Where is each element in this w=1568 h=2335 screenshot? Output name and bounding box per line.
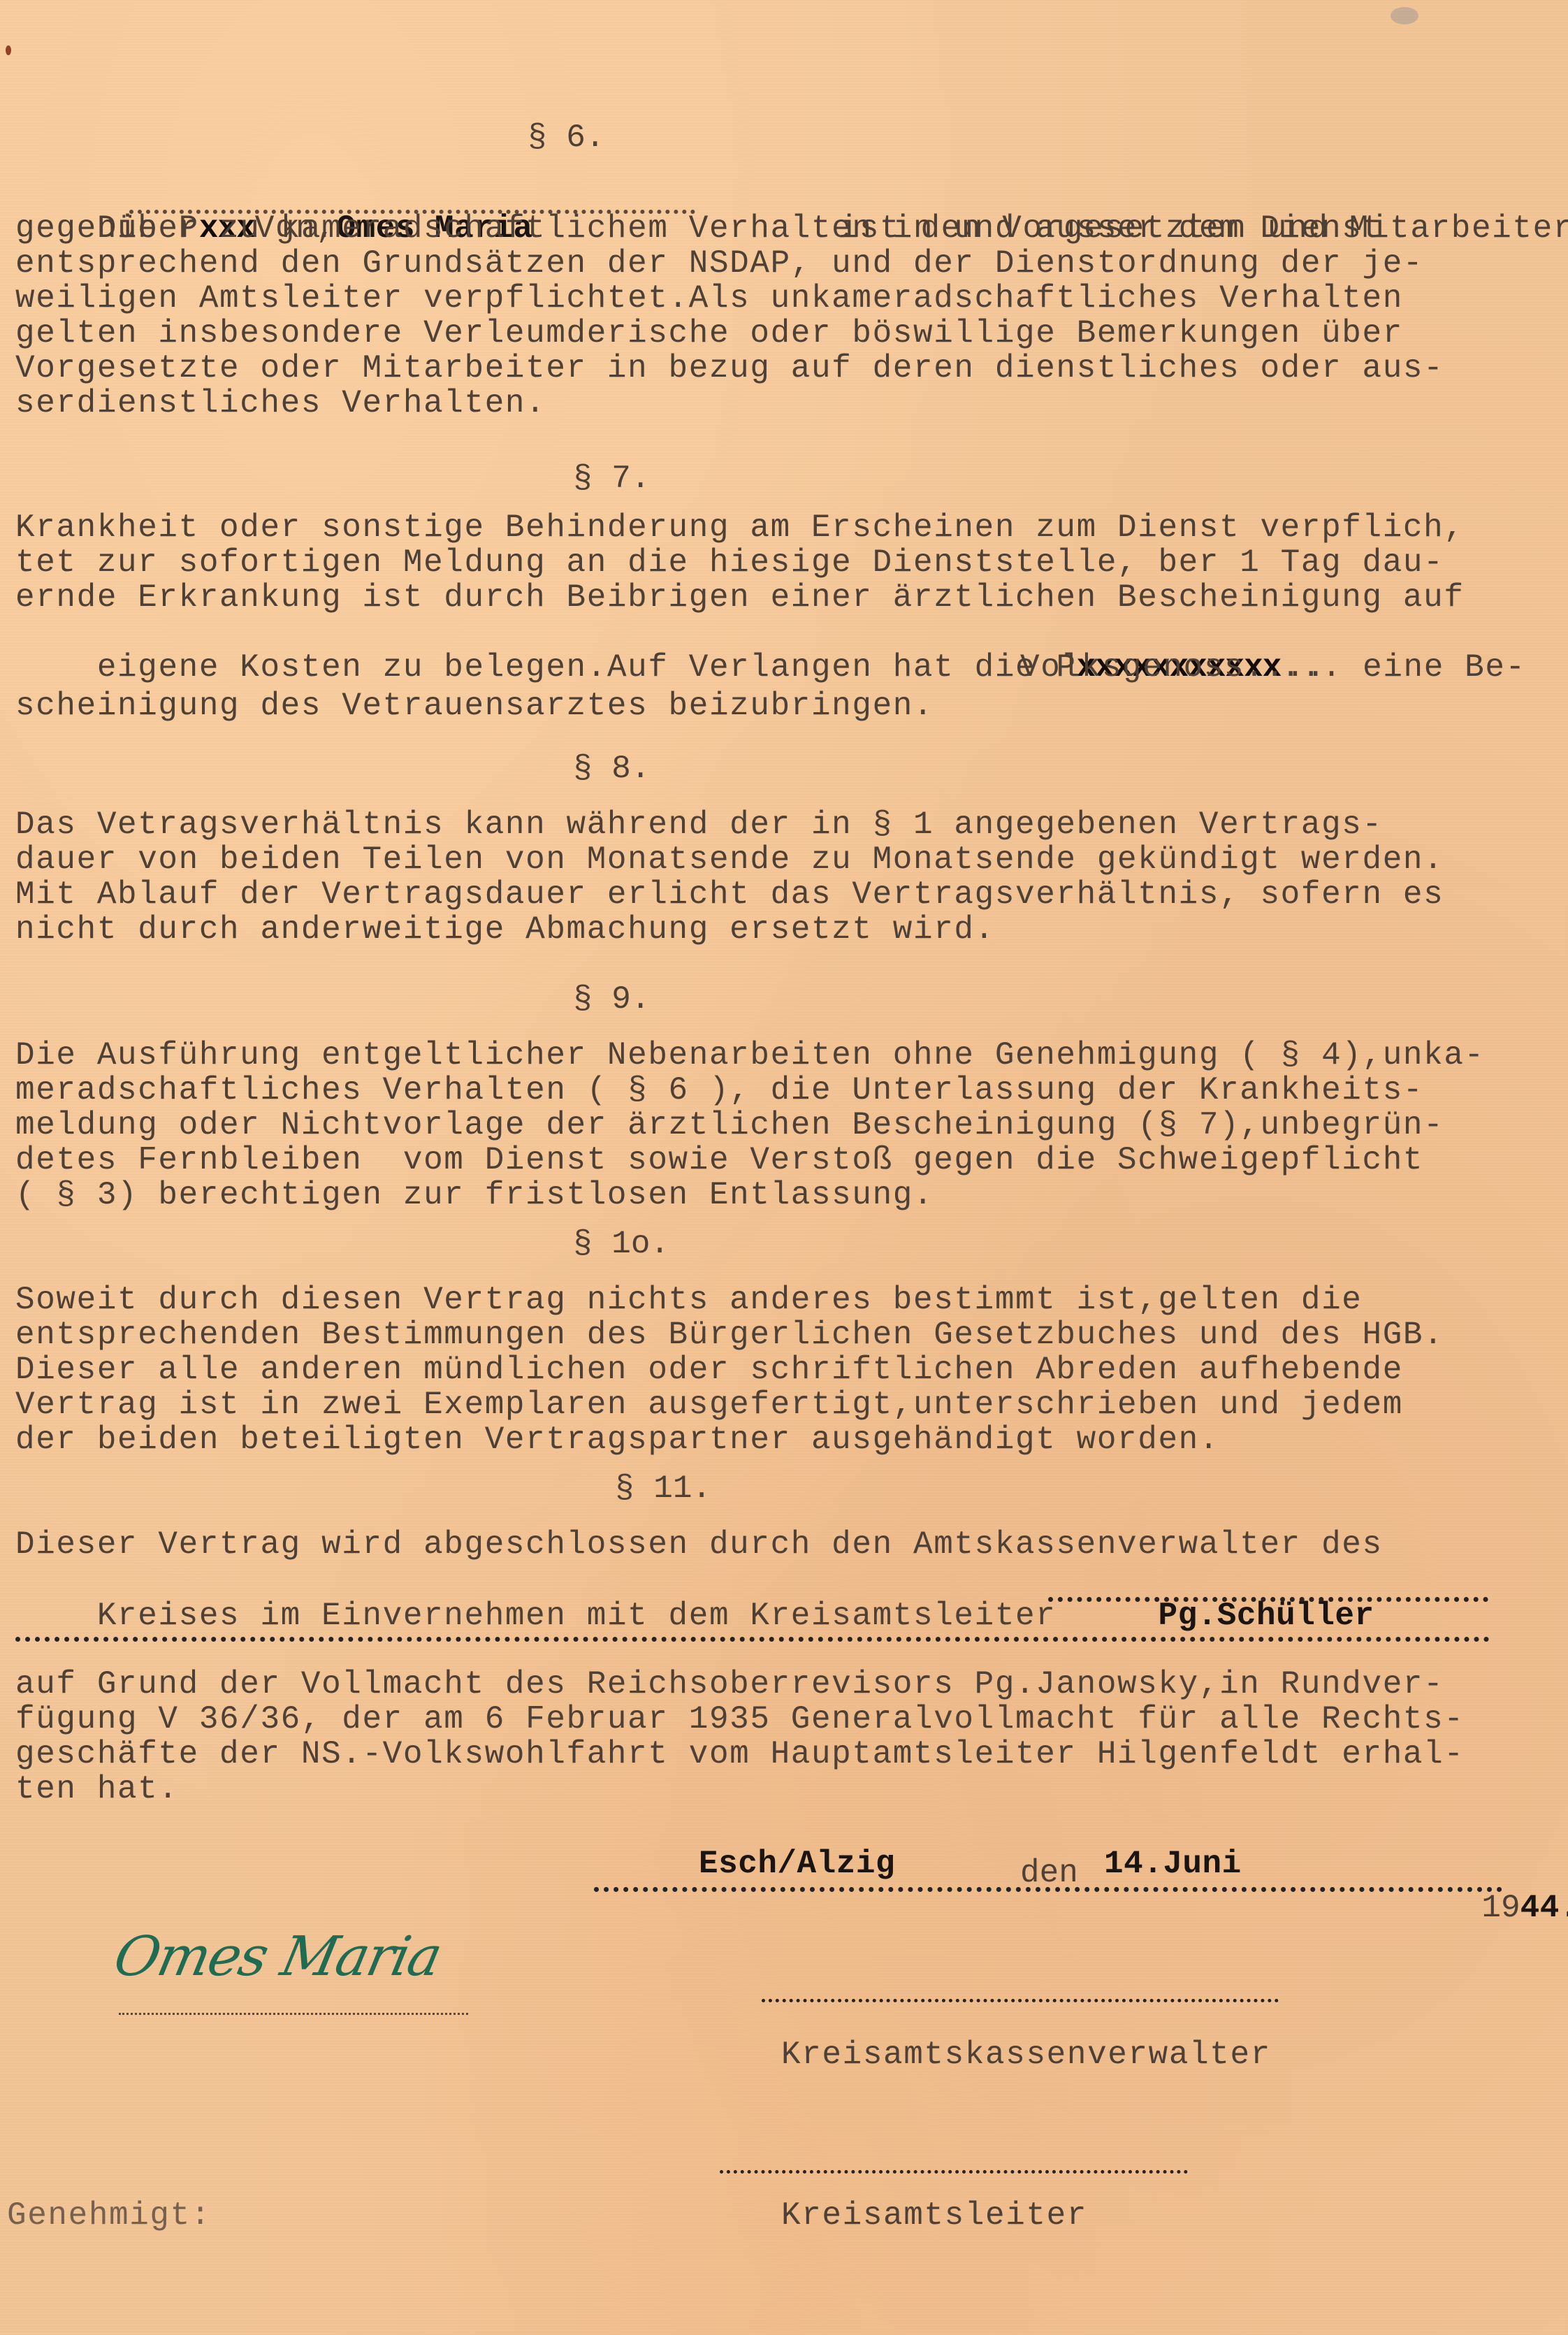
paper-stain [1391,7,1418,24]
paragraph-11-line-6: ten hat. [15,1772,179,1807]
paragraph-10-line-4: Vertrag ist in zwei Exemplaren ausgefert… [15,1387,1403,1422]
paragraph-6-line-6: Vorgesetzte oder Mitarbeiter in bezug au… [15,351,1444,386]
paragraph-9-line-4: detes Fernbleiben vom Dienst sowie Verst… [15,1143,1423,1178]
paragraph-11-line-3: auf Grund der Vollmacht des Reichsoberre… [15,1667,1444,1702]
section-heading-7: § 7. [573,461,650,496]
date: 14.Juni [1104,1846,1242,1881]
paragraph-7-line-2: tet zur sofortigen Meldung an die hiesig… [15,545,1444,580]
paragraph-11-line-2: Kreises im Einvernehmen mit dem Kreisamt… [15,1563,1374,1668]
paragraph-9-line-2: meradschaftliches Verhalten ( § 6 ), die… [15,1073,1423,1108]
line-prefix: Kreises im Einvernehmen mit dem Kreisamt… [97,1598,1057,1634]
year: 1944. [1404,1856,1568,1960]
paragraph-9-line-1: Die Ausführung entgeltlicher Nebenarbeit… [15,1038,1485,1073]
date-den-label: den [1020,1856,1078,1891]
signature-line-employee [119,2013,468,2015]
paragraph-6-line-2: gegenüber zu kameradschaftlichem Verhalt… [15,211,1383,246]
signature-line-kassenverwalter [762,1999,1279,2002]
paragraph-6-line-7: serdienstliches Verhalten. [15,386,546,421]
place: Esch/Alzig [699,1846,895,1881]
paragraph-10-line-3: Dieser alle anderen mündlichen oder schr… [15,1352,1403,1387]
contract-page: § 6. Die PxxxVgn,Omes Maria ist den Vorg… [0,0,1568,2335]
paragraph-9-line-5: ( § 3) berechtigen zur fristlosen Entlas… [15,1178,934,1213]
paragraph-8-line-4: nicht durch anderweitige Abmachung erset… [15,912,995,947]
name-fill-line [1048,1597,1488,1602]
year-prefix: 19 [1481,1890,1520,1926]
signature-line-kreisamtsleiter [720,2170,1188,2174]
paragraph-10-line-5: der beiden beteiligten Vertragspartner a… [15,1422,1219,1457]
section-heading-9: § 9. [573,982,650,1017]
paragraph-7-line-5: scheinigung des Vetrauensarztes beizubri… [15,688,934,723]
section-heading-11: § 11. [615,1471,711,1506]
paragraph-11-line-5: geschäfte der NS.-Volkswohlfahrt vom Hau… [15,1737,1465,1772]
paragraph-11-line-4: fügung V 36/36, der am 6 Februar 1935 Ge… [15,1702,1465,1737]
paragraph-6-line-5: gelten insbesondere Verleumderische oder… [15,316,1403,351]
line-prefix: eigene Kosten zu belegen.Auf Verlangen h… [97,649,1077,686]
paper-stain [6,45,11,55]
section-heading-10: § 1o. [573,1227,669,1262]
signature-label-kreisamtsleiter: Kreisamtsleiter [781,2198,1087,2233]
section-heading-8: § 8. [573,751,650,786]
kreisamtsleiter-name: Pg.Schüller [1158,1598,1374,1634]
paragraph-7-line-1: Krankheit oder sonstige Behinderung am E… [15,510,1465,545]
paragraph-8-line-1: Das Vetragsverhältnis kann während der i… [15,807,1383,842]
section-heading-6: § 6. [528,120,604,155]
separator-line [15,1637,1490,1642]
paragraph-9-line-3: meldung oder Nichtvorlage der ärztlichen… [15,1108,1444,1143]
paragraph-6-line-4: weiligen Amtsleiter verpflichtet.Als unk… [15,281,1403,316]
year-suffix: 44. [1520,1890,1568,1926]
paragraph-11-line-1: Dieser Vertrag wird abgeschlossen durch … [15,1527,1383,1562]
approval-label: Genehmigt: [7,2198,211,2233]
paragraph-8-line-3: Mit Ablauf der Vertragsdauer erlicht das… [15,877,1444,912]
paragraph-8-line-2: dauer von beiden Teilen von Monatsende z… [15,842,1444,877]
interlinear-insert: Volksgenoss.... [1020,650,1326,685]
paragraph-10-line-2: entsprechenden Bestimmungen des Bürgerli… [15,1317,1444,1352]
paragraph-10-line-1: Soweit durch diesen Vertrag nichts ander… [15,1282,1363,1317]
paragraph-7-line-3: ernde Erkrankung ist durch Beibrigen ein… [15,580,1465,615]
paragraph-6-line-3: entsprechend den Grundsätzen der NSDAP, … [15,246,1423,281]
handwritten-signature: Omes Maria [108,1925,446,1988]
signature-label-kassenverwalter: Kreisamtskassenverwalter [781,2037,1271,2072]
